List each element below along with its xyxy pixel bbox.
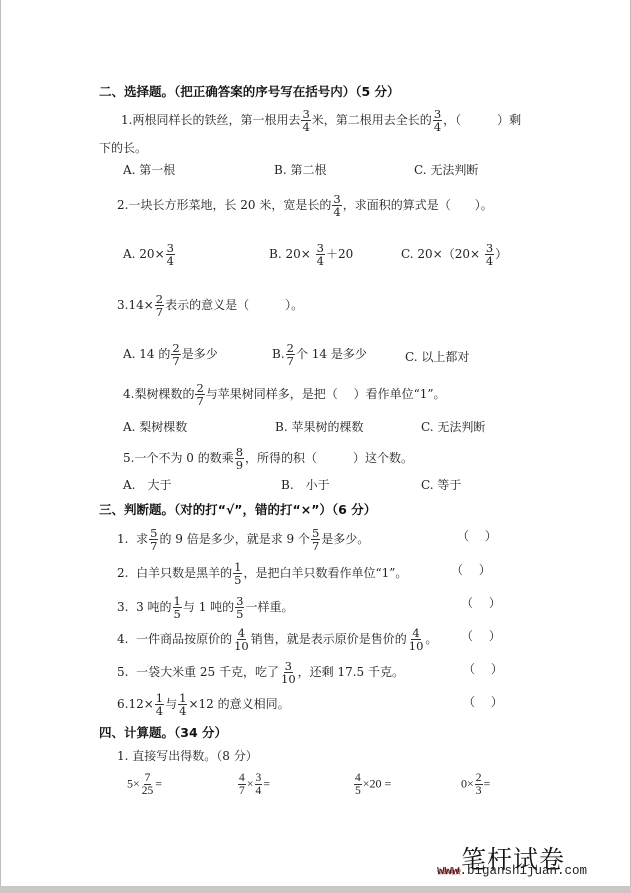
fraction: 27: [155, 293, 164, 318]
fraction: 310: [280, 660, 297, 685]
fraction: 14: [178, 692, 187, 717]
fraction: 27: [195, 382, 204, 407]
answer-blank-1[interactable]: （ ）: [457, 528, 497, 544]
q4-option-a: A. 梨树棵数: [123, 419, 187, 435]
calc-item-2: 47×34=: [237, 772, 270, 797]
calc-item-4: 0×23=: [461, 772, 490, 797]
q1-line2: 下的长。: [99, 140, 147, 156]
q5-stem: 5.一个不为 0 的数乘89，所得的积（ ）这个数。: [123, 446, 413, 471]
q3-stem: 3.14×27表示的意义是（ ）。: [117, 293, 303, 318]
q3-option-c: C. 以上都对: [405, 349, 469, 365]
answer-blank-5[interactable]: （ ）: [463, 661, 503, 677]
answer-blank-3[interactable]: （ ）: [461, 595, 501, 611]
fraction: 57: [149, 527, 158, 552]
fraction: 410: [233, 627, 250, 652]
section2-heading: 二、选择题。（把正确答案的序号写在括号内）（5 分）: [99, 82, 400, 100]
q3-option-a: A. 14 的27是多少: [123, 342, 218, 367]
fraction: 57: [311, 527, 320, 552]
fraction: 35: [235, 595, 244, 620]
q1-option-b: B. 第二根: [274, 162, 326, 178]
fraction: 34: [332, 193, 341, 218]
q1-option-a: A. 第一根: [123, 162, 175, 178]
q1-option-c: C. 无法判断: [414, 162, 478, 178]
fraction: 15: [233, 561, 242, 586]
q2-option-b: B. 20× 34＋20: [269, 242, 353, 267]
exam-page: 二、选择题。（把正确答案的序号写在括号内）（5 分） 1.两根同样长的铁丝，第一…: [0, 0, 631, 886]
watermark-url: www.biganshijuan.com: [437, 864, 587, 878]
fraction: 14: [155, 692, 164, 717]
judge-item-3: 3. 3 吨的15与 1 吨的35一样重。: [117, 595, 293, 620]
q1-line1: 1.两根同样长的铁丝，第一根用去34米，第二根用去全长的34，（ ）剩: [121, 108, 521, 133]
judge-item-2: 2. 白羊只数是黑羊的15，是把白羊只数看作单位“1”。: [117, 561, 407, 586]
section3-heading: 三、判断题。（对的打“√”，错的打“×”）（6 分）: [99, 500, 376, 518]
q5-option-b: B. 小于: [281, 477, 330, 493]
fraction: 27: [286, 342, 295, 367]
judge-item-1: 1. 求57的 9 倍是多少，就是求 9 个57是多少。: [117, 527, 369, 552]
q4-option-b: B. 苹果树的棵数: [275, 419, 363, 435]
fraction: 34: [166, 242, 175, 267]
q2-option-c: C. 20×（20× 34）: [401, 242, 507, 267]
q5-option-c: C. 等于: [421, 477, 461, 493]
fraction: 34: [255, 772, 263, 797]
q2-option-a: A. 20×34: [123, 242, 176, 267]
answer-blank-6[interactable]: （ ）: [463, 694, 503, 710]
fraction: 47: [238, 772, 246, 797]
judge-item-4: 4. 一件商品按原价的410销售，就是表示原价是售价的410。: [117, 627, 437, 652]
fraction: 34: [301, 108, 310, 133]
section4-heading: 四、计算题。（34 分）: [99, 723, 227, 741]
section4-sub1: 1. 直接写出得数。（8 分）: [117, 748, 258, 764]
judge-item-6: 6.12×14与14×12 的意义相同。: [117, 692, 290, 717]
fraction: 45: [354, 772, 362, 797]
fraction: 410: [408, 627, 425, 652]
fraction: 725: [141, 772, 155, 797]
q5-option-a: A. 大于: [123, 477, 171, 493]
fraction: 34: [485, 242, 494, 267]
fraction: 23: [475, 772, 483, 797]
q4-stem: 4.梨树棵数的27与苹果树同样多，是把（ ）看作单位“1”。: [123, 382, 446, 407]
calc-item-1: 5×725=: [127, 772, 162, 797]
judge-item-5: 5. 一袋大米重 25 千克，吃了310，还剩 17.5 千克。: [117, 660, 404, 685]
fraction: 89: [235, 446, 244, 471]
fraction: 15: [173, 595, 182, 620]
q3-option-b: B.27个 14 是多少: [272, 342, 367, 367]
calc-item-3: 45×20 =: [353, 772, 391, 797]
fraction: 34: [316, 242, 325, 267]
answer-blank-2[interactable]: （ ）: [451, 562, 491, 578]
q2-stem: 2.一块长方形菜地，长 20 米，宽是长的34，求面积的算式是（ ）。: [117, 193, 493, 218]
answer-blank-4[interactable]: （ ）: [461, 628, 501, 644]
fraction: 34: [433, 108, 442, 133]
fraction: 27: [171, 342, 180, 367]
q4-option-c: C. 无法判断: [421, 419, 485, 435]
